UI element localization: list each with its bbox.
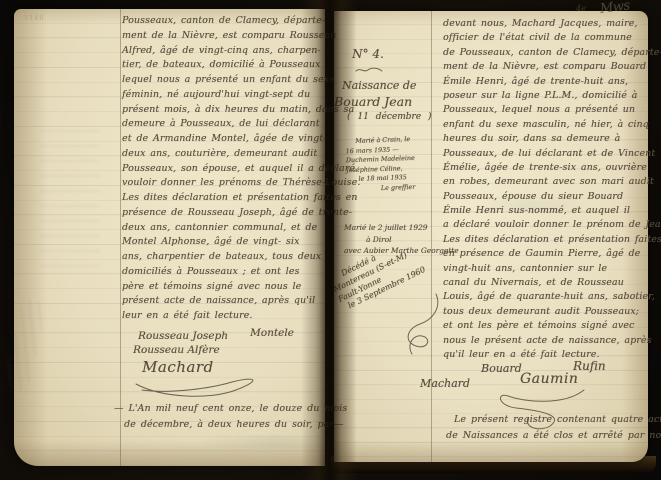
manuscript-line: deux ans, couturière, demeurant audit: [122, 147, 324, 162]
manuscript-line: Louis, âgé de quarante-huit ans, sabotie…: [443, 290, 649, 304]
act-number-squiggle: [354, 66, 384, 74]
signature-witness-1: Rousseau Joseph: [138, 330, 228, 342]
right-act-body: devant nous, Machard Jacques, maire,offi…: [443, 17, 649, 362]
manuscript-line: vouloir donner les prénoms de Thérèse-Lo…: [122, 176, 324, 191]
manuscript-line: Les dites déclaration et présentation fa…: [443, 233, 649, 247]
signature-witness-2-right: Rufin: [573, 359, 606, 373]
signature-father: Rousseau Alfère: [133, 344, 220, 356]
register-scan: 1140 4e Mws Pousseaux, canton de Clamecy…: [0, 0, 661, 480]
manuscript-line: Émile Henri, âgé de trente-huit ans,: [443, 75, 649, 89]
act-title-line3: ( 11 décembre ): [347, 112, 431, 122]
left-next-act-opening: — L'An mil neuf cent onze, le douze du m…: [114, 401, 324, 433]
manuscript-line: heures du soir, dans sa demeure à: [443, 132, 649, 146]
manuscript-line: Marié le 2 juillet 1929: [344, 222, 459, 234]
manuscript-line: Pousseaux, lequel nous a présenté un: [443, 103, 649, 117]
manuscript-line: Émile Henri sus-nommé, et auquel il: [443, 204, 649, 218]
manuscript-line: ment de la Nièvre, est comparu Bouard: [443, 60, 649, 74]
manuscript-line: leur en a été fait lecture.: [122, 309, 324, 324]
manuscript-line: de Pousseaux, canton de Clamecy, départe…: [443, 46, 649, 60]
manuscript-line: présence de Rousseau Joseph, âgé de tren…: [122, 206, 324, 221]
manuscript-line: Alfred, âgé de vingt-cinq ans, charpen-: [122, 44, 324, 59]
left-page-margin-rule: [120, 9, 121, 466]
manuscript-line: Pousseaux, épouse du sieur Bouard: [443, 190, 649, 204]
manuscript-line: Le présent registre contenant quatre act…: [454, 412, 654, 428]
manuscript-line: Montel Alphonse, âgé de vingt- six: [122, 235, 324, 250]
manuscript-line: demeure à Pousseaux, de lui déclarant: [122, 117, 324, 132]
act-count-mark: 4e: [576, 4, 586, 13]
manuscript-line: présent acte de naissance, après qu'il: [122, 294, 324, 309]
manuscript-line: a déclaré vouloir donner le prénom de Je…: [443, 218, 649, 232]
signature-witness-2: Montele: [250, 327, 294, 339]
act-title-line1: Naissance de: [342, 79, 416, 92]
signature-mayor-right: Machard: [420, 377, 470, 390]
manuscript-line: — L'An mil neuf cent onze, le douze du m…: [114, 401, 324, 417]
manuscript-line: Pousseaux, canton de Clamecy, départe-: [122, 14, 324, 29]
manuscript-line: Les dites déclaration et présentation fa…: [122, 191, 324, 206]
manuscript-line: nous le présent acte de naissance, après: [443, 334, 649, 348]
manuscript-line: devant nous, Machard Jacques, maire,: [443, 17, 649, 31]
manuscript-line: canal du Nivernais, et de Rousseau: [443, 276, 649, 290]
signature-flourish: [132, 374, 260, 402]
manuscript-line: enfant du sexe masculin, né hier, à cinq: [443, 118, 649, 132]
manuscript-line: tous deux demeurant audit Pousseaux;: [443, 305, 649, 319]
act-number: N° 4.: [352, 47, 384, 61]
manuscript-line: vingt-huit ans, cantonnier sur le: [443, 262, 649, 276]
manuscript-line: Pousseaux, de lui déclarant et de Vincen…: [443, 147, 649, 161]
manuscript-line: ans, charpentier de bateaux, tous deux: [122, 250, 324, 265]
manuscript-line: officier de l'état civil de la commune: [443, 31, 649, 45]
manuscript-line: domiciliés à Pousseaux ; et ont les: [122, 265, 324, 280]
manuscript-line: Émélie, âgée de trente-six ans, ouvrière: [443, 161, 649, 175]
signature-father-right: Bouard: [481, 362, 522, 375]
manuscript-line: qu'il leur en a été fait lecture.: [443, 348, 649, 362]
death-note-flourish: [392, 290, 448, 360]
manuscript-line: présent mois, à dix heures du matin, dan…: [122, 103, 324, 118]
manuscript-line: et de Armandine Montel, âgée de vingt-: [122, 132, 324, 147]
left-act-body: Pousseaux, canton de Clamecy, départe-me…: [122, 14, 324, 324]
manuscript-line: tier, de bateaux, domicilié à Pousseaux: [122, 58, 324, 73]
manuscript-line: ment de la Nièvre, est comparu Rousseau: [122, 29, 324, 44]
manuscript-line: et ont les père et témoins signé avec: [443, 319, 649, 333]
manuscript-line: de décembre, à deux heures du soir, par—: [114, 417, 324, 433]
manuscript-line: en présence de Gaumin Pierre, âgé de: [443, 247, 649, 261]
manuscript-line: Pousseaux, son épouse, et auquel il a dé…: [122, 162, 324, 177]
manuscript-line: poseur sur la ligne P.L.M., domicilié à: [443, 89, 649, 103]
manuscript-line: père et témoins signé avec nous le: [122, 280, 324, 295]
act-title-line2: Bouard Jean: [334, 94, 412, 109]
manuscript-line: de Naissances a été clos et arrêté par n…: [446, 428, 654, 444]
manuscript-line: deux ans, cantonnier communal, et de: [122, 221, 324, 236]
manuscript-line: lequel nous a présenté un enfant du sexe: [122, 73, 324, 88]
manuscript-line: féminin, né aujourd'hui vingt-sept du: [122, 88, 324, 103]
marriage-margin-note-1: Marié à Crain, le16 mars 1935 —Duchemin …: [345, 135, 416, 195]
pencil-folio-mark: 1140: [24, 14, 45, 22]
signature-witness-1-right: Gaumin: [520, 371, 578, 387]
register-closing-statement: Le présent registre contenant quatre act…: [454, 412, 654, 444]
manuscript-line: en robes, demeurant avec son mari audit: [443, 175, 649, 189]
